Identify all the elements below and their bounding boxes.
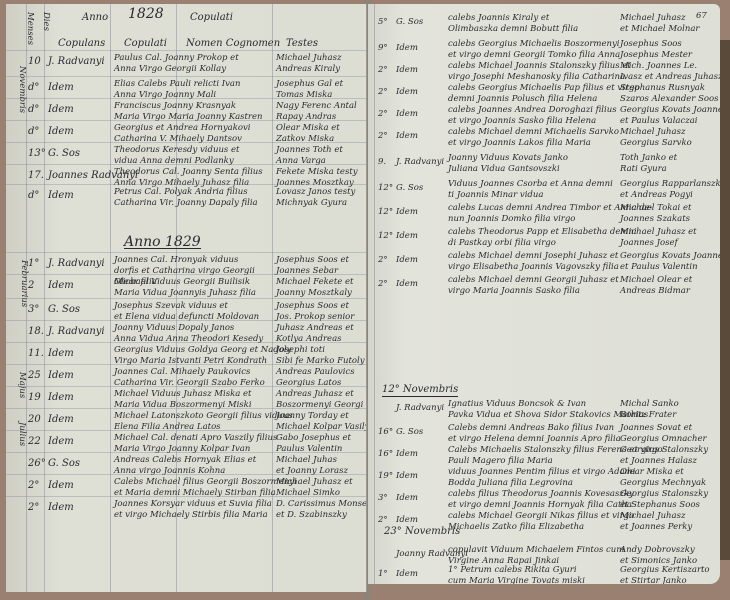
entry-copulans: Idem bbox=[48, 480, 74, 492]
entry-witness: Rati Gyura bbox=[620, 163, 667, 175]
entry-day: 2° bbox=[378, 278, 388, 290]
year: 1828 bbox=[128, 8, 164, 20]
entry-day: 5° bbox=[378, 16, 388, 28]
entry-witness: Andreas Kiraly bbox=[276, 63, 340, 75]
entry-witness: Boritz Frater bbox=[620, 409, 676, 421]
entry-copulans: Idem bbox=[396, 568, 418, 580]
entry-copulans: Idem bbox=[48, 436, 74, 448]
entry-day: d° bbox=[28, 126, 39, 138]
entry-copulans: Idem bbox=[396, 278, 418, 290]
page-number: 67 bbox=[696, 10, 707, 22]
entry-witness: et Michael Molnar bbox=[620, 23, 699, 35]
entry-day: 2 bbox=[28, 280, 34, 292]
entry-copulans: J. Radvanyi bbox=[48, 56, 105, 68]
entry-line: cum Maria Virgine Tovats miski bbox=[448, 575, 585, 584]
entry-witness: et D. Szabinszky bbox=[276, 509, 347, 521]
entry-line: Olimbaszka demni Bobutt filia bbox=[448, 23, 578, 35]
entry-day: 17. bbox=[28, 170, 44, 182]
entry-day: 12° bbox=[378, 182, 393, 194]
entry-witness: Michnyak Gyura bbox=[276, 197, 347, 209]
row-rule bbox=[6, 298, 366, 299]
entry-line: ti Joannis Minar vidua bbox=[448, 189, 543, 201]
entry-witness: et Stirtar Janko bbox=[620, 575, 687, 584]
entry-line: Michaelis Zatko filia Elizabetha bbox=[448, 521, 584, 533]
entry-copulans: Idem bbox=[48, 126, 74, 138]
entry-day: 12° bbox=[378, 230, 393, 242]
entry-day: 2° bbox=[378, 64, 388, 76]
column-header-day: Dies bbox=[40, 12, 52, 31]
entry-copulans: Idem bbox=[396, 108, 418, 120]
entry-copulans: G. Sos bbox=[48, 148, 80, 160]
entry-day: 2° bbox=[378, 86, 388, 98]
row-rule bbox=[6, 408, 366, 409]
entry-line: et virgo Michaely Stirbis filia Maria bbox=[114, 509, 268, 521]
entry-copulans: Idem bbox=[396, 514, 418, 526]
entry-day: 11. bbox=[28, 348, 44, 360]
entry-witness: Joannes Josef bbox=[620, 237, 678, 249]
row-rule bbox=[6, 496, 366, 497]
entry-copulans: Idem bbox=[48, 190, 74, 202]
entry-day: 1° bbox=[28, 258, 39, 270]
entry-copulans: G. Sos bbox=[396, 16, 423, 28]
entry-copulans: Idem bbox=[396, 42, 418, 54]
row-rule bbox=[6, 252, 366, 253]
entry-day: 3° bbox=[28, 304, 39, 316]
entry-day: 22 bbox=[28, 436, 41, 448]
entry-line: Catharina Vir. Joanny Dapaly filia bbox=[114, 197, 258, 209]
entry-copulans: G. Sos bbox=[396, 182, 423, 194]
entry-line: nun Joannis Domko filia virgo bbox=[448, 213, 575, 225]
entry-copulans: Idem bbox=[396, 206, 418, 218]
entry-copulans: J. Radvanyi bbox=[48, 326, 105, 338]
right-page: 67 12° Novembris 23° Novembris 5°G. Sosc… bbox=[368, 4, 720, 584]
row-rule bbox=[6, 76, 366, 77]
column-header-month: Menses bbox=[24, 12, 36, 45]
entry-witness: Georgius Sarvko bbox=[620, 137, 692, 149]
entry-day: 2° bbox=[378, 514, 388, 526]
register-book: Menses Dies Anno 1828 Copulati Copulans … bbox=[0, 0, 730, 600]
entry-day: 2° bbox=[378, 254, 388, 266]
row-rule bbox=[6, 452, 366, 453]
entry-line: virgo Maria Joannis Sasko filia bbox=[448, 285, 580, 297]
entry-line: et virgo Joannis Lakos filia Maria bbox=[448, 137, 591, 149]
year-label: Anno bbox=[82, 12, 108, 24]
entry-copulans: G. Sos bbox=[48, 458, 80, 470]
entry-day: 12° bbox=[378, 206, 393, 218]
row-rule bbox=[6, 342, 366, 343]
entry-line: Anna Virgo Georgii Kollay bbox=[114, 63, 226, 75]
entry-day: 2° bbox=[28, 502, 39, 514]
row-rule bbox=[6, 430, 366, 431]
row-rule bbox=[6, 164, 366, 165]
row-rule bbox=[6, 364, 366, 365]
left-page: Menses Dies Anno 1828 Copulati Copulans … bbox=[6, 4, 367, 592]
entry-witness: Joannes Szakats bbox=[620, 213, 690, 225]
entry-day: 19° bbox=[378, 470, 393, 482]
entry-day: 18. bbox=[28, 326, 44, 338]
row-rule bbox=[6, 50, 366, 51]
row-rule bbox=[6, 142, 366, 143]
row-rule bbox=[6, 386, 366, 387]
entry-copulans: Idem bbox=[48, 104, 74, 116]
entry-copulans: Idem bbox=[48, 392, 74, 404]
entry-copulans: Idem bbox=[48, 502, 74, 514]
page-margin-rule bbox=[374, 4, 375, 584]
entry-copulans: Idem bbox=[48, 280, 74, 292]
column-header-testes: Testes bbox=[286, 38, 318, 50]
entry-line: di Pastkay orbi filia virgo bbox=[448, 237, 556, 249]
entry-copulans: J. Radvanyi bbox=[396, 402, 444, 414]
entry-copulans: Idem bbox=[396, 492, 418, 504]
entry-copulans: J. Radvanyi bbox=[396, 156, 444, 168]
entry-day: 13° bbox=[28, 148, 46, 160]
entry-line: Pavka Vidua et Shova Sidor Stakovics Mat… bbox=[448, 409, 648, 421]
entry-witness: et Joannes Perky bbox=[620, 521, 692, 533]
row-rule bbox=[6, 98, 366, 99]
entry-witness: Andreas Bidmar bbox=[620, 285, 690, 297]
entry-copulans: Idem bbox=[48, 348, 74, 360]
entry-copulans: Idem bbox=[396, 86, 418, 98]
entry-day: 16° bbox=[378, 426, 393, 438]
column-header-copulati: Copulati bbox=[124, 38, 167, 50]
row-rule bbox=[6, 274, 366, 275]
entry-copulans: Idem bbox=[396, 470, 418, 482]
year-divider: Anno 1829 bbox=[124, 236, 201, 249]
entry-witness: et Andreas Pogyi bbox=[620, 189, 693, 201]
entry-copulans: Idem bbox=[48, 414, 74, 426]
entry-day: d° bbox=[28, 190, 39, 202]
entry-day: 9. bbox=[378, 156, 386, 168]
column-header-copulans: Copulans bbox=[58, 38, 105, 50]
entry-day: 2° bbox=[28, 480, 39, 492]
entry-copulans: Idem bbox=[396, 130, 418, 142]
entry-copulans: G. Sos bbox=[396, 426, 423, 438]
entry-day: 19 bbox=[28, 392, 41, 404]
entry-copulans: J. Radvanyi bbox=[48, 258, 105, 270]
entry-copulans: Idem bbox=[396, 64, 418, 76]
margin-month: Julius bbox=[16, 422, 28, 446]
entry-witness: et Paulus Valentin bbox=[620, 261, 698, 273]
row-rule bbox=[6, 474, 366, 475]
row-rule bbox=[6, 184, 366, 185]
section-title: Copulati bbox=[190, 12, 233, 24]
month-heading: 12° Novembris bbox=[382, 384, 458, 397]
entry-day: 1° bbox=[378, 568, 388, 580]
row-rule bbox=[6, 320, 366, 321]
entry-day: 25 bbox=[28, 370, 41, 382]
entry-copulans: Idem bbox=[396, 448, 418, 460]
entry-day: 10 bbox=[28, 56, 41, 68]
margin-month: Novembris bbox=[16, 66, 28, 113]
entry-copulans: Idem bbox=[396, 254, 418, 266]
entry-day: 20 bbox=[28, 414, 41, 426]
entry-copulans: G. Sos bbox=[48, 304, 80, 316]
entry-day: d° bbox=[28, 104, 39, 116]
entry-line: virgo Elisabetha Joannis Vagovszky filia bbox=[448, 261, 619, 273]
entry-copulans: Idem bbox=[48, 370, 74, 382]
entry-day: 26° bbox=[28, 458, 46, 470]
entry-day: d° bbox=[28, 82, 39, 94]
row-rule bbox=[6, 120, 366, 121]
entry-copulans: Idem bbox=[396, 230, 418, 242]
column-header-nomen: Nomen Cognomen bbox=[186, 38, 280, 50]
entry-copulans: Idem bbox=[48, 82, 74, 94]
entry-day: 3° bbox=[378, 492, 388, 504]
entry-day: 2° bbox=[378, 108, 388, 120]
entry-day: 2° bbox=[378, 130, 388, 142]
entry-day: 16° bbox=[378, 448, 393, 460]
entry-day: 9° bbox=[378, 42, 388, 54]
entry-line: Juliana Vidua Gantsovszki bbox=[448, 163, 560, 175]
